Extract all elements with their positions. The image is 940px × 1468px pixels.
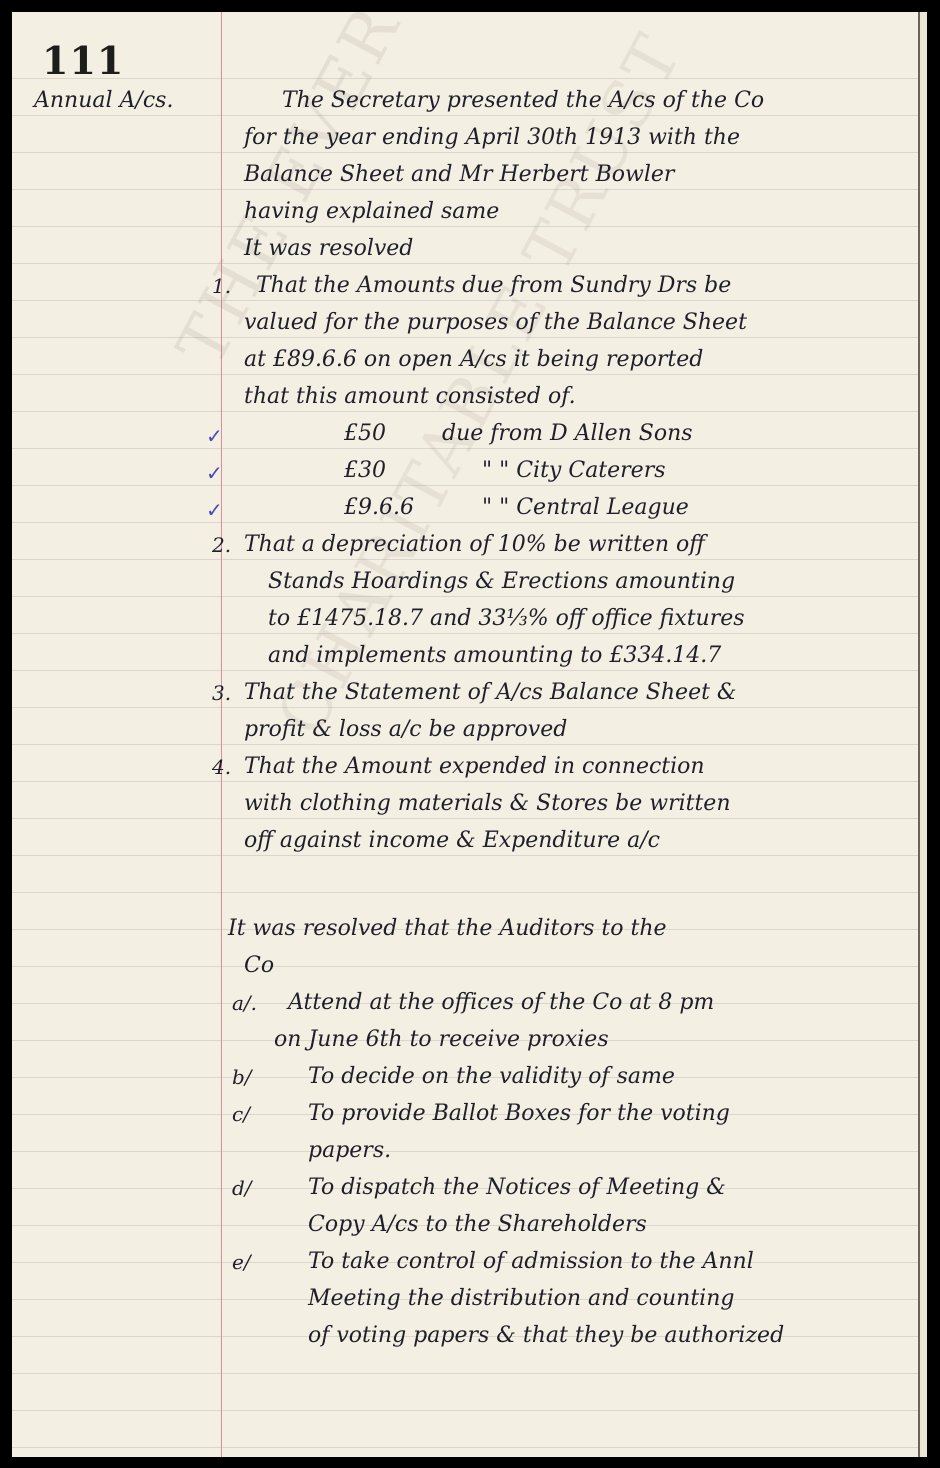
ruled-line: [12, 411, 927, 412]
ruled-line: [12, 855, 927, 856]
debtor-amount: £50: [344, 423, 386, 445]
auditor-item-line: To provide Ballot Boxes for the voting: [308, 1103, 730, 1125]
auditor-item-marker: e/: [232, 1252, 251, 1272]
resolution-line: That the Amount expended in connection: [244, 756, 705, 778]
resolution-marker: 2.: [212, 535, 231, 555]
auditor-item-line: on June 6th to receive proxies: [274, 1029, 609, 1051]
ruled-line: [12, 448, 927, 449]
ruled-line: [12, 263, 927, 264]
margin-heading: Annual A/cs.: [34, 90, 173, 112]
resolution-line: and implements amounting to £334.14.7: [268, 645, 721, 667]
ruled-line: [12, 559, 927, 560]
resolution-line: That the Amounts due from Sundry Drs be: [256, 275, 731, 297]
auditor-item-line: To decide on the validity of same: [308, 1066, 675, 1088]
ruled-line: [12, 485, 927, 486]
ruled-line: [12, 596, 927, 597]
debtor-amount: £30: [344, 460, 386, 482]
debtor-name: " " City Caterers: [482, 460, 666, 482]
check-mark-icon: ✓: [206, 461, 223, 485]
auditor-item-line: of voting papers & that they be authoriz…: [308, 1325, 784, 1347]
intro-line: The Secretary presented the A/cs of the …: [282, 90, 764, 112]
ruled-line: [12, 670, 927, 671]
intro-line: Balance Sheet and Mr Herbert Bowler: [244, 164, 674, 186]
ruled-line: [12, 152, 927, 153]
page-binding-edge: [918, 12, 920, 1457]
auditor-item-line: Attend at the offices of the Co at 8 pm: [288, 992, 714, 1014]
ruled-line: [12, 1151, 927, 1152]
resolution-line: with clothing materials & Stores be writ…: [244, 793, 731, 815]
auditor-item-marker: d/: [232, 1178, 252, 1198]
ruled-line: [12, 744, 927, 745]
ruled-line: [12, 522, 927, 523]
resolution-line: valued for the purposes of the Balance S…: [244, 312, 747, 334]
ruled-line: [12, 337, 927, 338]
auditor-item-marker: c/: [232, 1104, 250, 1124]
ruled-line: [12, 966, 927, 967]
debtor-name: due from D Allen Sons: [442, 423, 693, 445]
resolution-line: to £1475.18.7 and 33⅓% off office fixtur…: [268, 608, 745, 630]
intro-line: It was resolved: [244, 238, 413, 260]
ruled-line: [12, 818, 927, 819]
resolution-marker: 3.: [212, 683, 231, 703]
auditor-item-line: To take control of admission to the Annl: [308, 1251, 754, 1273]
auditor-item-line: Meeting the distribution and counting: [308, 1288, 734, 1310]
ruled-line: [12, 1373, 927, 1374]
resolution-marker: 1.: [212, 276, 231, 296]
page-edge-strip: [920, 12, 927, 1457]
resolution-line: that this amount consisted of.: [244, 386, 576, 408]
ruled-line: [12, 892, 927, 893]
resolution-line: That a depreciation of 10% be written of…: [244, 534, 705, 556]
auditor-item-marker: a/.: [232, 993, 257, 1013]
resolution-line: off against income & Expenditure a/c: [244, 830, 660, 852]
intro-line: for the year ending April 30th 1913 with…: [244, 127, 740, 149]
ruled-line: [12, 781, 927, 782]
ruled-line: [12, 189, 927, 190]
debtor-amount: £9.6.6: [344, 497, 414, 519]
auditors-line: Co: [244, 955, 274, 977]
auditor-item-line: Copy A/cs to the Shareholders: [308, 1214, 647, 1236]
auditor-item-line: To dispatch the Notices of Meeting &: [308, 1177, 726, 1199]
resolution-line: That the Statement of A/cs Balance Sheet…: [244, 682, 737, 704]
ruled-line: [12, 1410, 927, 1411]
auditor-item-line: papers.: [308, 1140, 391, 1162]
ruled-line: [12, 115, 927, 116]
intro-line: having explained same: [244, 201, 499, 223]
red-margin-line: [221, 12, 222, 1457]
ledger-page: THE EVERTON COLLECTION CHARITABLE TRUST …: [12, 12, 927, 1457]
auditors-line: It was resolved that the Auditors to the: [228, 918, 667, 940]
check-mark-icon: ✓: [206, 424, 223, 448]
ruled-line: [12, 226, 927, 227]
ruled-line: [12, 633, 927, 634]
ruled-line: [12, 78, 927, 79]
resolution-line: at £89.6.6 on open A/cs it being reporte…: [244, 349, 703, 371]
debtor-name: " " Central League: [482, 497, 689, 519]
page-number: 111: [42, 38, 124, 83]
auditor-item-marker: b/: [232, 1067, 252, 1087]
ruled-line: [12, 707, 927, 708]
resolution-marker: 4.: [212, 757, 231, 777]
ruled-line: [12, 1447, 927, 1448]
ruled-line: [12, 300, 927, 301]
check-mark-icon: ✓: [206, 498, 223, 522]
ruled-line: [12, 374, 927, 375]
resolution-line: Stands Hoardings & Erections amounting: [268, 571, 735, 593]
resolution-line: profit & loss a/c be approved: [244, 719, 567, 741]
